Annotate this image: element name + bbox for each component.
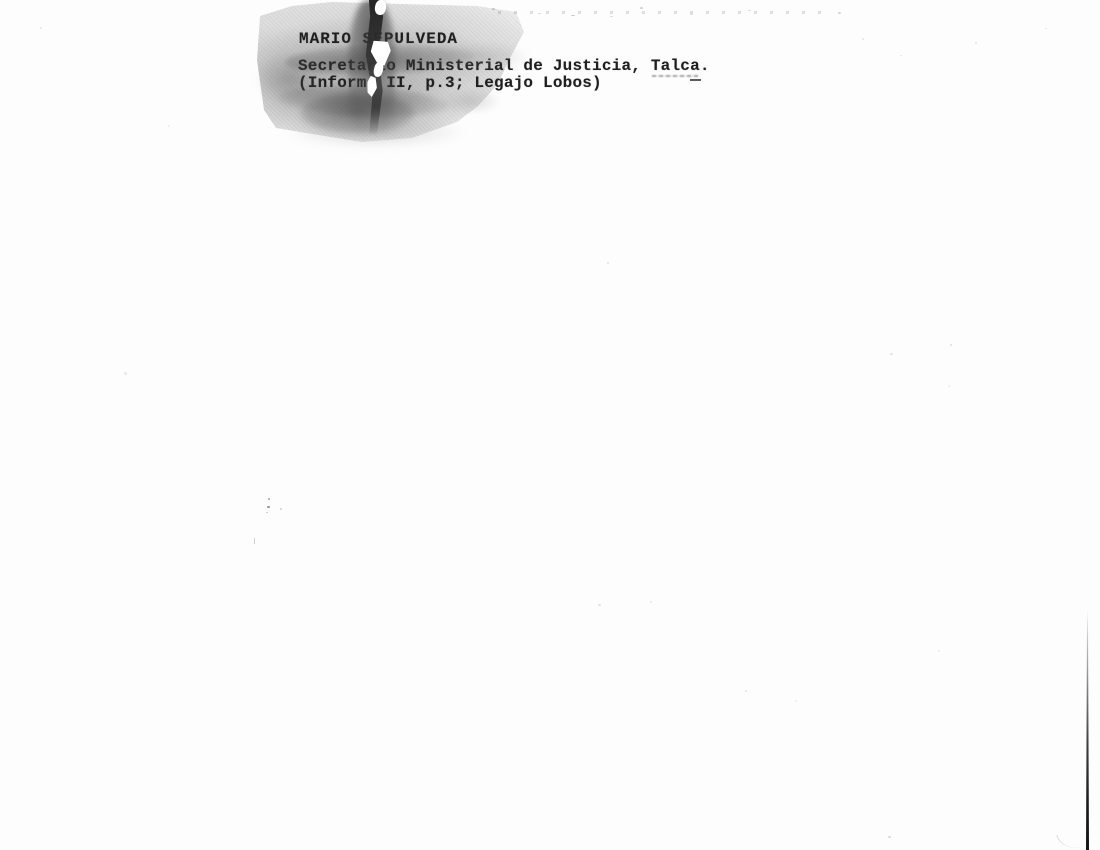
dust-speck bbox=[948, 385, 950, 387]
pen-dot-mark bbox=[268, 498, 270, 500]
pen-dot-mark bbox=[266, 512, 268, 513]
top-smudge-trail bbox=[498, 11, 828, 14]
role-period: . bbox=[700, 57, 710, 75]
dust-speck bbox=[745, 690, 747, 692]
dust-speck bbox=[690, 14, 693, 15]
pen-tick-mark bbox=[254, 538, 255, 544]
scan-edge-line bbox=[1086, 610, 1089, 850]
dust-speck bbox=[975, 42, 977, 44]
dust-speck bbox=[607, 262, 609, 264]
dust-speck bbox=[640, 7, 643, 9]
dust-speck bbox=[610, 16, 613, 17]
smudge-lower-right-speckle bbox=[438, 88, 500, 114]
dust-speck bbox=[492, 8, 495, 10]
place-name-underlined: Talca bbox=[651, 57, 700, 75]
dust-speck bbox=[795, 700, 797, 702]
dust-speck bbox=[571, 15, 575, 16]
dust-speck bbox=[748, 10, 751, 11]
pen-dot-mark bbox=[280, 508, 282, 510]
scanned-archive-page: MARIO SEPULVEDA Secretario Ministerial d… bbox=[0, 0, 1100, 850]
dust-speck bbox=[888, 836, 891, 838]
pen-dot-mark bbox=[267, 506, 270, 508]
dust-speck bbox=[650, 601, 652, 603]
dust-speck bbox=[862, 38, 864, 40]
dust-speck bbox=[168, 125, 170, 127]
dust-speck bbox=[1045, 28, 1047, 29]
faint-corner-arc bbox=[1056, 829, 1083, 850]
smudge-right-arm bbox=[430, 42, 530, 72]
dust-speck bbox=[124, 372, 127, 375]
dust-speck bbox=[900, 55, 902, 56]
dust-speck bbox=[598, 604, 601, 606]
dust-speck bbox=[938, 650, 940, 652]
dust-speck bbox=[538, 13, 541, 14]
underline-dark-accent bbox=[690, 79, 701, 81]
dust-speck bbox=[890, 353, 893, 355]
dust-speck bbox=[950, 344, 952, 346]
dust-speck bbox=[40, 27, 42, 29]
dust-speck bbox=[838, 12, 841, 14]
